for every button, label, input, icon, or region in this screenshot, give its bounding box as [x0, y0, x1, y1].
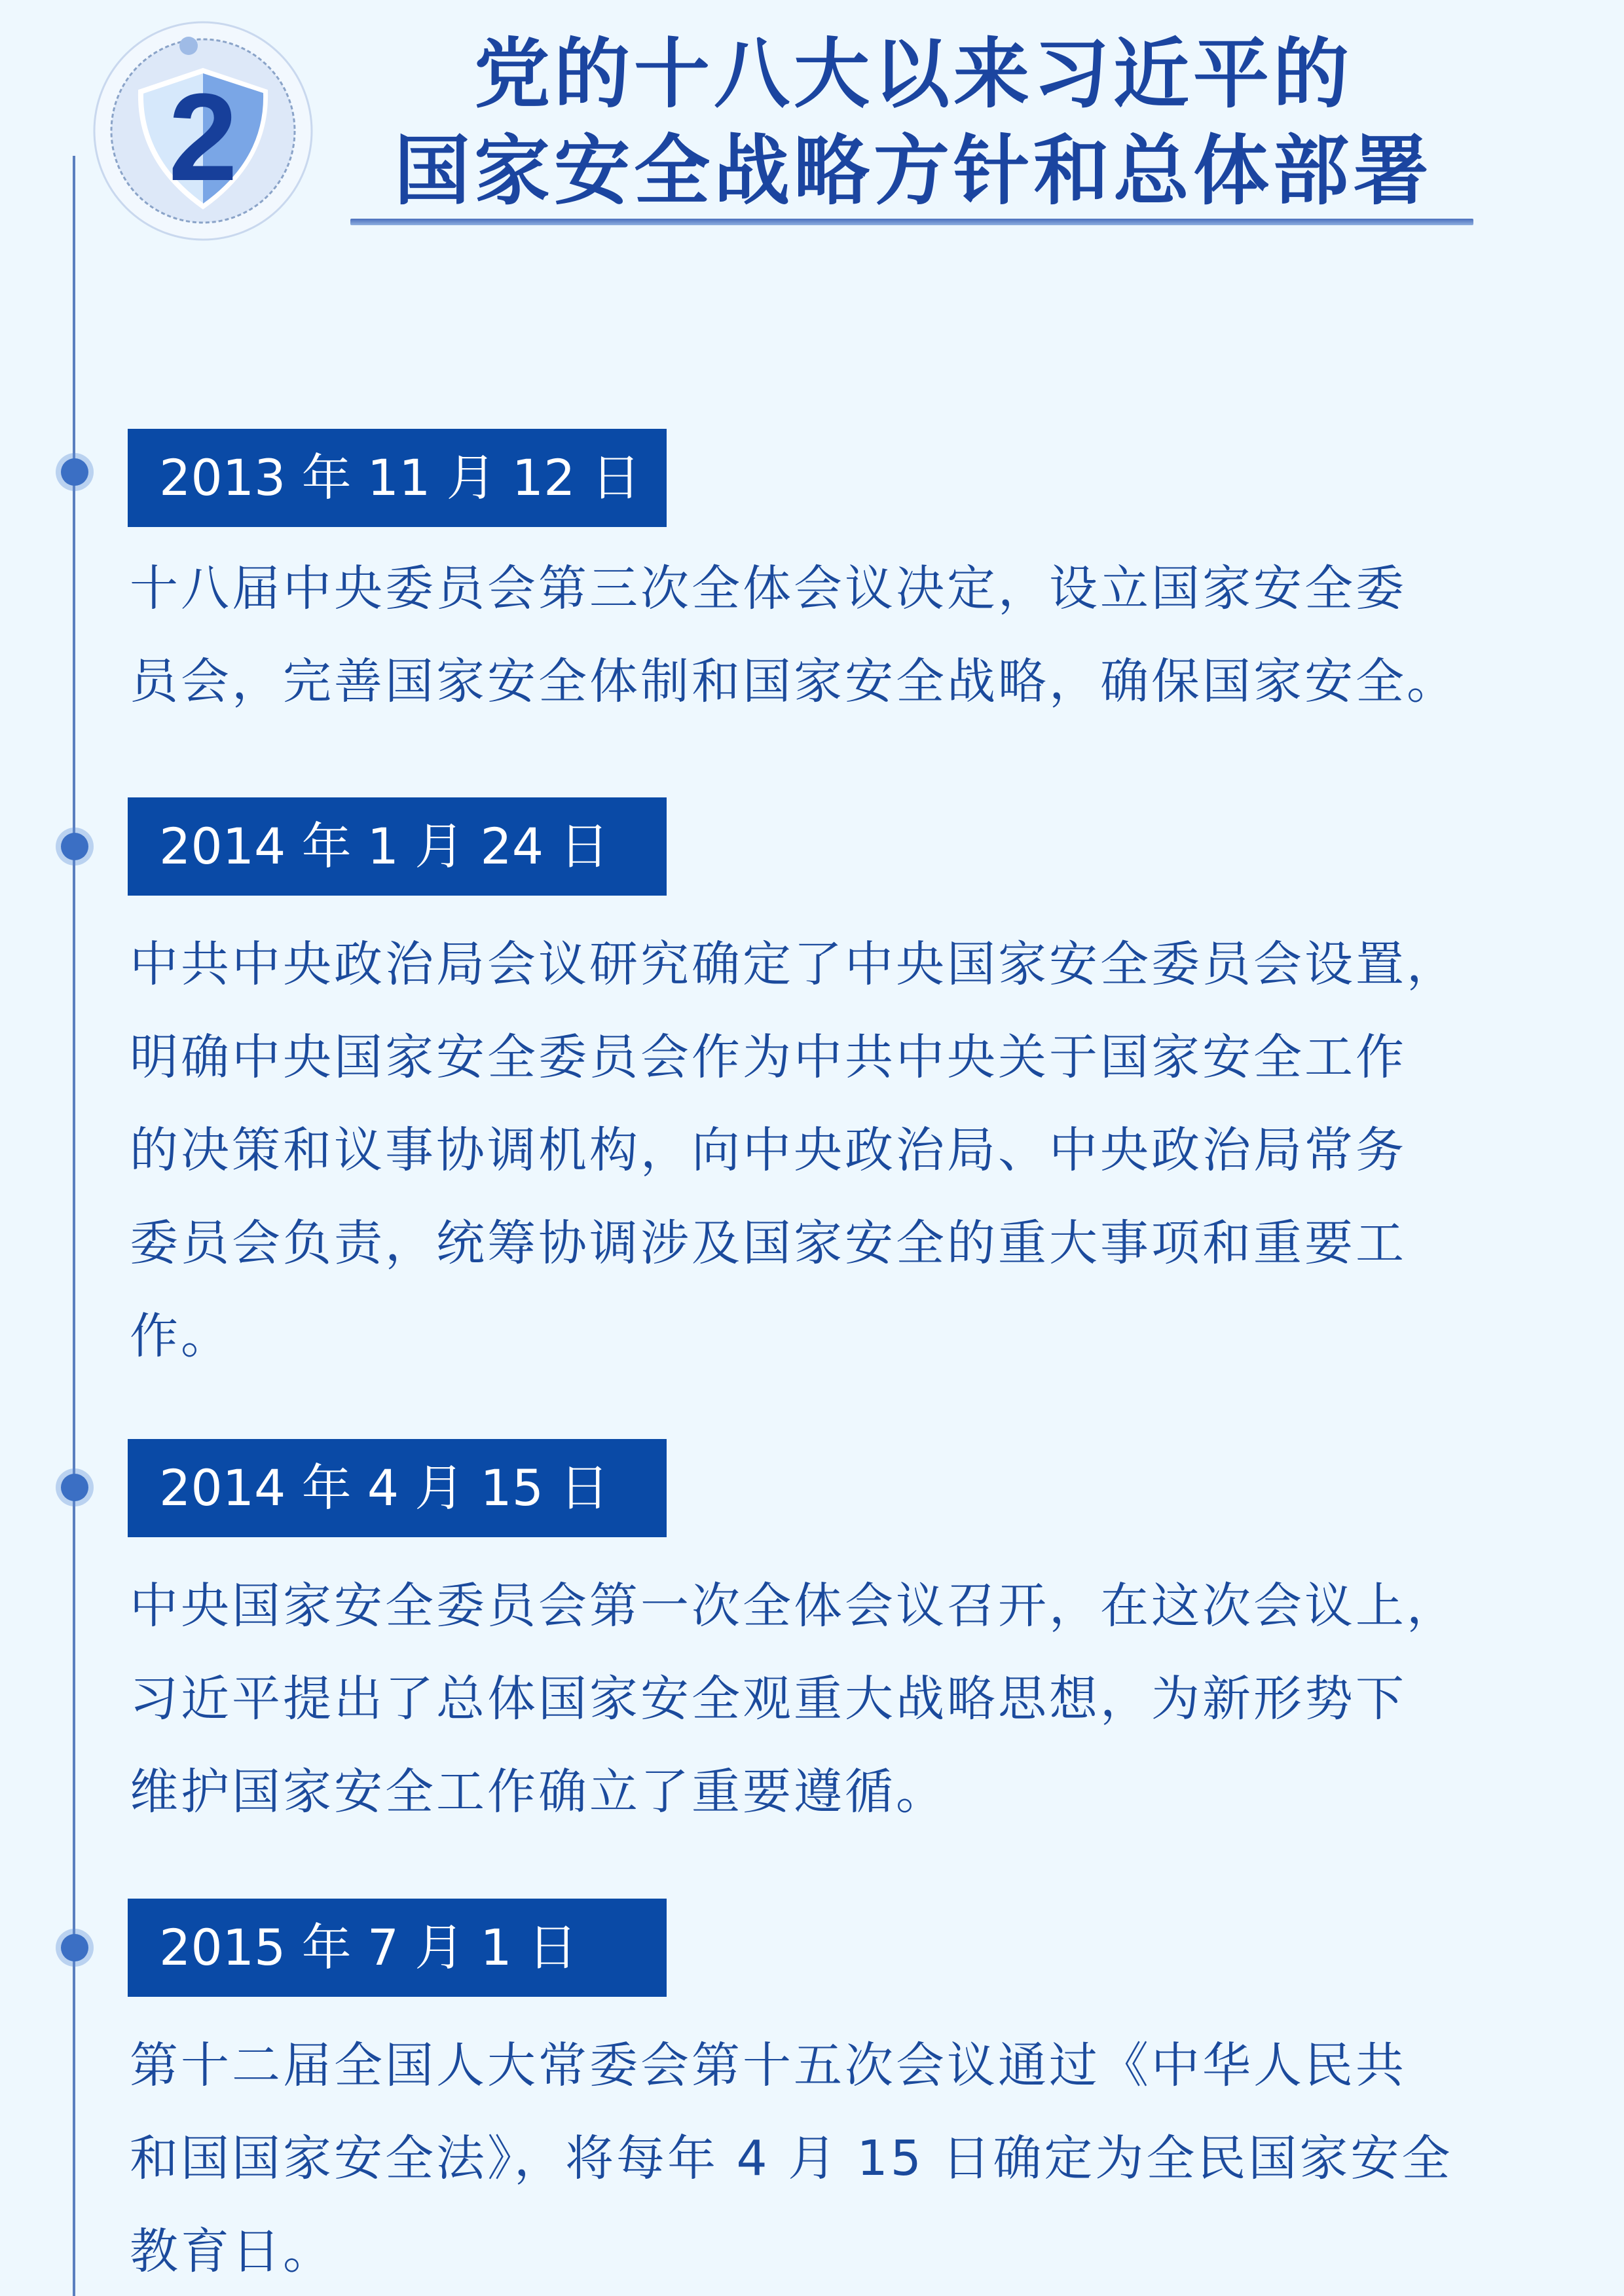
- shield-icon: 2: [92, 20, 314, 242]
- text-line: 第十二届全国人大常委会第十五次会议通过《中华人民共: [130, 2019, 1538, 2112]
- text-line: 习近平提出了总体国家安全观重大战略思想，为新形势下: [130, 1652, 1538, 1745]
- text-line: 维护国家安全工作确立了重要遵循。: [130, 1745, 1538, 1838]
- section-number-badge: 2: [92, 20, 314, 242]
- title-underline: [350, 219, 1473, 225]
- text-line: 十八届中央委员会第三次全体会议决定，设立国家安全委: [130, 542, 1538, 635]
- timeline-dot: [61, 1474, 88, 1501]
- date-label: 2013 年 11 月 12 日: [128, 429, 667, 527]
- title-line-1: 党的十八大以来习近平的: [347, 26, 1480, 123]
- date-label: 2014 年 1 月 24 日: [128, 797, 667, 896]
- title-line-2: 国家安全战略方针和总体部署: [347, 123, 1480, 220]
- timeline-entry-text: 中央国家安全委员会第一次全体会议召开，在这次会议上， 习近平提出了总体国家安全观…: [130, 1559, 1538, 1838]
- timeline-dot: [61, 833, 88, 860]
- text-line: 委员会负责，统筹协调涉及国家安全的重大事项和重要工: [130, 1197, 1538, 1290]
- date-label: 2014 年 4 月 15 日: [128, 1439, 667, 1537]
- timeline-dot: [61, 1934, 88, 1961]
- timeline-entry-text: 中共中央政治局会议研究确定了中央国家安全委员会设置， 明确中央国家安全委员会作为…: [130, 918, 1538, 1383]
- text-line: 教育日。: [130, 2205, 1538, 2296]
- text-line: 的决策和议事协调机构，向中央政治局、中央政治局常务: [130, 1104, 1538, 1197]
- text-line: 员会，完善国家安全体制和国家安全战略，确保国家安全。: [130, 635, 1538, 728]
- text-line: 和国国家安全法》，将每年 4 月 15 日确定为全民国家安全: [130, 2112, 1538, 2205]
- timeline-entry-text: 十八届中央委员会第三次全体会议决定，设立国家安全委 员会，完善国家安全体制和国家…: [130, 542, 1538, 728]
- svg-text:2: 2: [168, 68, 238, 207]
- timeline-entry-text: 第十二届全国人大常委会第十五次会议通过《中华人民共 和国国家安全法》，将每年 4…: [130, 2019, 1538, 2296]
- text-line: 明确中央国家安全委员会作为中共中央关于国家安全工作: [130, 1011, 1538, 1104]
- timeline-dot: [61, 458, 88, 486]
- text-line: 中共中央政治局会议研究确定了中央国家安全委员会设置，: [130, 918, 1538, 1011]
- text-line: 中央国家安全委员会第一次全体会议召开，在这次会议上，: [130, 1559, 1538, 1652]
- page-title: 党的十八大以来习近平的 国家安全战略方针和总体部署: [347, 26, 1480, 220]
- text-line: 作。: [130, 1290, 1538, 1383]
- date-label: 2015 年 7 月 1 日: [128, 1899, 667, 1997]
